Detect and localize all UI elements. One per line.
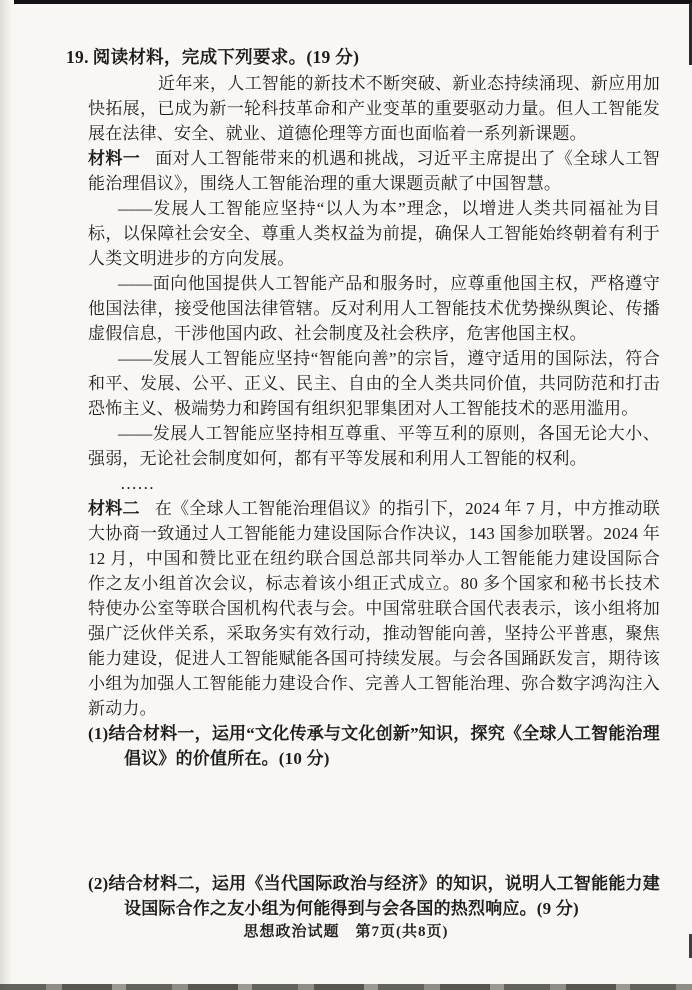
material-one-point-1: ——发展人工智能应坚持“以人为本”理念，以增进人类共同福祉为目标，以保障社会安全… [88, 196, 660, 271]
ellipsis-line: …… [88, 471, 660, 496]
scan-edge-top [14, 0, 692, 4]
material-two-label: 材料二 [88, 499, 140, 518]
scan-edge-bottom [0, 984, 692, 990]
material-one-point-2: ——面向他国提供人工智能产品和服务时，应尊重他国主权，严格遵守他国法律，接受他国… [88, 271, 660, 346]
sub-question-2: (2)结合材料二，运用《当代国际政治与经济》的知识，说明人工智能能力建设国际合作… [88, 871, 660, 921]
intro-paragraph: 近年来，人工智能的新技术不断突破、新业态持续涌现、新应用加快拓展，已成为新一轮科… [88, 71, 660, 146]
exam-paper-page: 19.阅读材料，完成下列要求。(19 分) 近年来，人工智能的新技术不断突破、新… [0, 0, 692, 990]
question-number: 19. [66, 47, 89, 67]
scan-edge-left [0, 0, 12, 990]
answer-space [88, 771, 660, 871]
material-one-intro: 面对人工智能带来的机遇和挑战，习近平主席提出了《全球人工智能治理倡议》，围绕人工… [88, 149, 660, 193]
material-two-paragraph: 材料二在《全球人工智能治理倡议》的指引下，2024 年 7 月，中方推动联大协商… [88, 496, 660, 721]
footer-exam-title: 思想政治试题 [243, 924, 339, 940]
sub-question-1: (1)结合材料一，运用“文化传承与文化创新”知识，探究《全球人工智能治理倡议》的… [88, 721, 660, 771]
question-instruction: 阅读材料，完成下列要求。(19 分) [93, 47, 359, 67]
material-one-label: 材料一 [88, 149, 140, 168]
material-one-point-4: ——发展人工智能应坚持相互尊重、平等互利的原则，各国无论大小、强弱，无论社会制度… [88, 421, 660, 471]
question-19-block: 19.阅读材料，完成下列要求。(19 分) 近年来，人工智能的新技术不断突破、新… [88, 44, 660, 921]
page-footer: 思想政治试题第7页(共8页) [0, 920, 692, 941]
material-two-text: 在《全球人工智能治理倡议》的指引下，2024 年 7 月，中方推动联大协商一致通… [88, 499, 660, 718]
material-one-point-3: ——发展人工智能应坚持“智能向善”的宗旨，遵守适用的国际法，符合和平、发展、公平… [88, 346, 660, 421]
question-19-heading: 19.阅读材料，完成下列要求。(19 分) [66, 44, 660, 70]
material-one-paragraph: 材料一面对人工智能带来的机遇和挑战，习近平主席提出了《全球人工智能治理倡议》，围… [88, 146, 660, 196]
footer-page-number: 第7页(共8页) [356, 924, 449, 940]
